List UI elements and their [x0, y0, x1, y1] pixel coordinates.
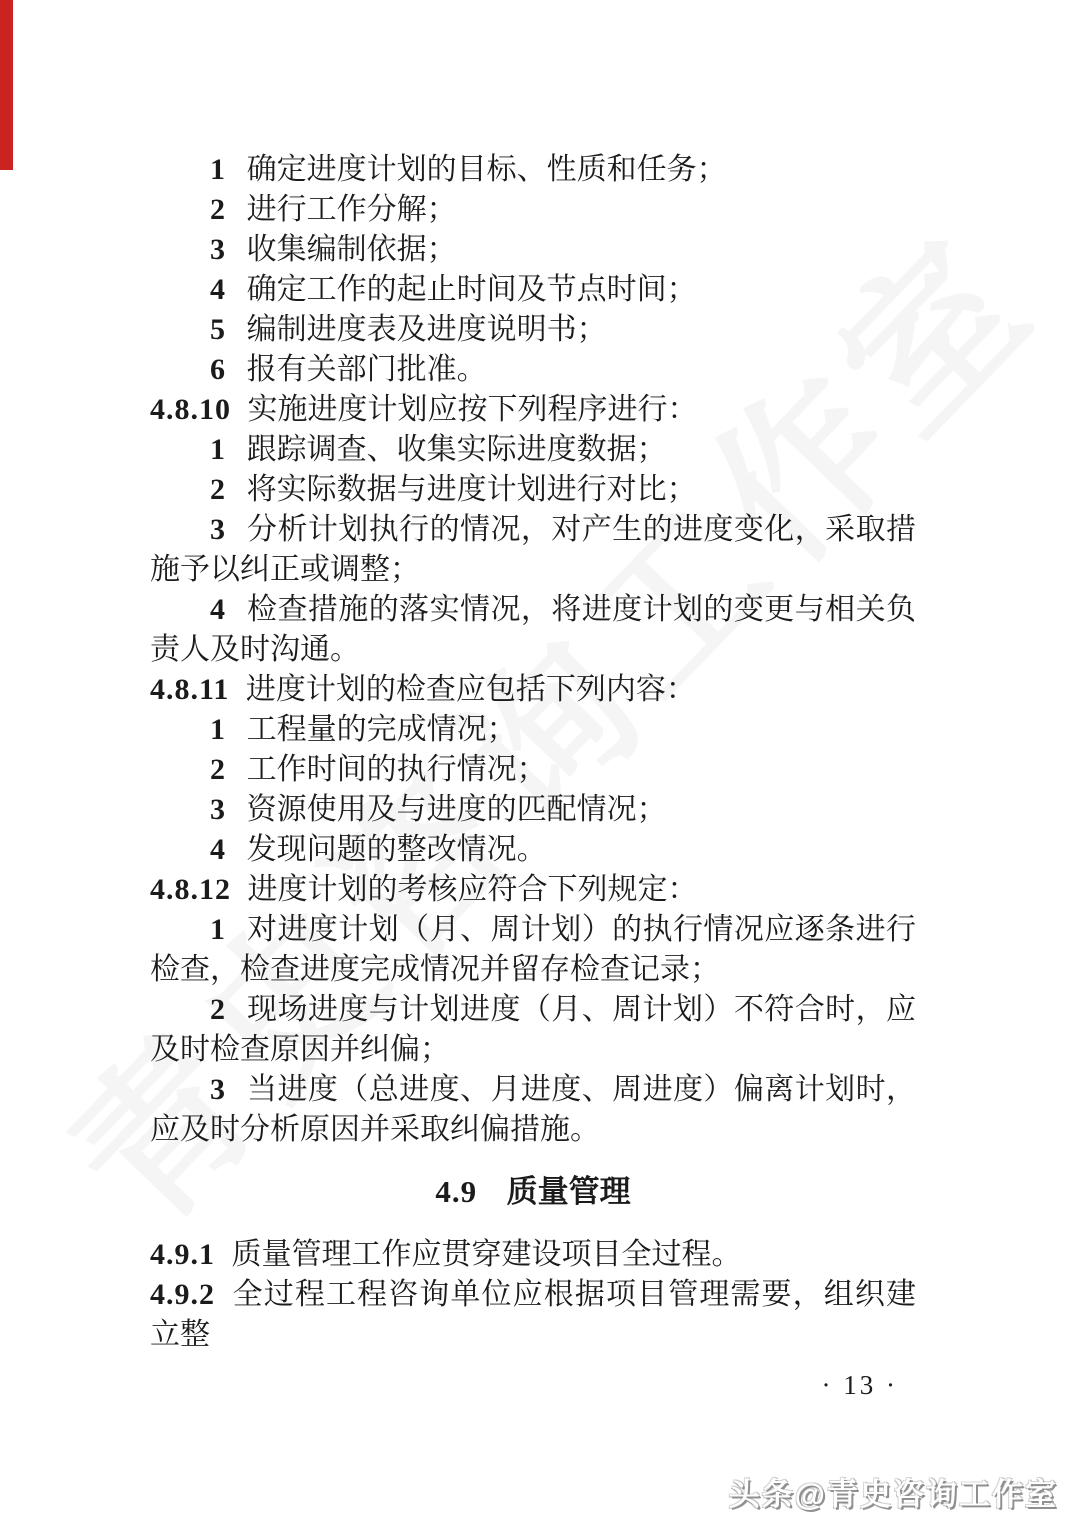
item-text: 进行工作分解； [247, 193, 457, 226]
item-number: 4 [210, 273, 225, 306]
item-number: 1 [210, 713, 225, 746]
page-number: · 13 · [150, 1365, 916, 1405]
document-page: 青史咨询工作室 1确定进度计划的目标、性质和任务； 2进行工作分解； 3收集编制… [0, 0, 1080, 1530]
item-text: 当进度（总进度、月进度、周进度）偏离计划时，应及时分析原因并采取纠偏措施。 [150, 1073, 916, 1146]
footer-watermark: 头条@青史咨询工作室 [729, 1469, 1058, 1514]
list-item: 3收集编制依据； [150, 230, 916, 270]
item-text: 编制进度表及进度说明书； [247, 313, 607, 346]
list-item: 2现场进度与计划进度（月、周计划）不符合时，应及时检查原因并纠偏； [150, 990, 916, 1070]
item-text: 跟踪调查、收集实际进度数据； [247, 433, 667, 466]
item-text: 报有关部门批准。 [247, 353, 487, 386]
clause-paragraph: 4.9.1质量管理工作应贯穿建设项目全过程。 [150, 1235, 916, 1275]
list-item: 4发现问题的整改情况。 [150, 830, 916, 870]
clause-text: 质量管理工作应贯穿建设项目全过程。 [232, 1238, 742, 1271]
clause-text: 全过程工程咨询单位应根据项目管理需要，组织建立整 [150, 1278, 916, 1351]
clause-text: 实施进度计划应按下列程序进行： [248, 393, 698, 426]
item-number: 3 [210, 233, 225, 266]
list-item: 1对进度计划（月、周计划）的执行情况应逐条进行检查，检查进度完成情况并留存检查记… [150, 910, 916, 990]
list-item: 6报有关部门批准。 [150, 350, 916, 390]
clause-number: 4.8.10 [150, 393, 231, 426]
clause-number: 4.9.1 [150, 1238, 215, 1271]
heading-title: 质量管理 [507, 1174, 631, 1209]
item-number: 6 [210, 353, 225, 386]
list-item: 2将实际数据与进度计划进行对比； [150, 470, 916, 510]
item-text: 工作时间的执行情况； [247, 753, 547, 786]
item-text: 现场进度与计划进度（月、周计划）不符合时，应及时检查原因并纠偏； [150, 993, 916, 1066]
list-item: 1跟踪调查、收集实际进度数据； [150, 430, 916, 470]
list-item: 1工程量的完成情况； [150, 710, 916, 750]
list-item: 3分析计划执行的情况，对产生的进度变化，采取措施予以纠正或调整； [150, 510, 916, 590]
clause-text: 进度计划的考核应符合下列规定： [248, 873, 698, 906]
list-item: 5编制进度表及进度说明书； [150, 310, 916, 350]
item-number: 1 [210, 153, 225, 186]
list-item: 2进行工作分解； [150, 190, 916, 230]
item-text: 工程量的完成情况； [247, 713, 517, 746]
list-item: 3资源使用及与进度的匹配情况； [150, 790, 916, 830]
item-number: 3 [210, 1073, 225, 1106]
item-number: 2 [210, 473, 225, 506]
item-text: 对进度计划（月、周计划）的执行情况应逐条进行检查，检查进度完成情况并留存检查记录… [150, 913, 916, 986]
list-item: 3当进度（总进度、月进度、周进度）偏离计划时，应及时分析原因并采取纠偏措施。 [150, 1070, 916, 1150]
clause-paragraph: 4.8.12进度计划的考核应符合下列规定： [150, 870, 916, 910]
item-text: 将实际数据与进度计划进行对比； [247, 473, 697, 506]
clause-number: 4.8.12 [150, 873, 231, 906]
item-number: 5 [210, 313, 225, 346]
item-number: 4 [210, 833, 225, 866]
item-number: 2 [210, 193, 225, 226]
item-text: 资源使用及与进度的匹配情况； [247, 793, 667, 826]
list-item: 1确定进度计划的目标、性质和任务； [150, 150, 916, 190]
clause-number: 4.9.2 [150, 1278, 215, 1311]
clause-paragraph: 4.8.10实施进度计划应按下列程序进行： [150, 390, 916, 430]
item-number: 3 [210, 793, 225, 826]
item-text: 确定进度计划的目标、性质和任务； [247, 153, 727, 186]
clause-paragraph: 4.9.2全过程工程咨询单位应根据项目管理需要，组织建立整 [150, 1275, 916, 1355]
item-number: 2 [210, 753, 225, 786]
item-text: 收集编制依据； [247, 233, 457, 266]
item-text: 确定工作的起止时间及节点时间； [247, 273, 697, 306]
list-item: 4检查措施的落实情况，将进度计划的变更与相关负责人及时沟通。 [150, 590, 916, 670]
item-number: 2 [210, 993, 225, 1026]
item-text: 发现问题的整改情况。 [247, 833, 547, 866]
document-content: 1确定进度计划的目标、性质和任务； 2进行工作分解； 3收集编制依据； 4确定工… [150, 150, 916, 1405]
clause-paragraph: 4.8.11进度计划的检查应包括下列内容： [150, 670, 916, 710]
item-number: 1 [210, 913, 225, 946]
item-number: 1 [210, 433, 225, 466]
item-number: 4 [210, 593, 225, 626]
item-text: 检查措施的落实情况，将进度计划的变更与相关负责人及时沟通。 [150, 593, 916, 666]
clause-number: 4.8.11 [150, 673, 229, 706]
list-item: 4确定工作的起止时间及节点时间； [150, 270, 916, 310]
list-item: 2工作时间的执行情况； [150, 750, 916, 790]
heading-number: 4.9 [435, 1174, 477, 1209]
item-text: 分析计划执行的情况，对产生的进度变化，采取措施予以纠正或调整； [150, 513, 916, 586]
item-number: 3 [210, 513, 225, 546]
clause-text: 进度计划的检查应包括下列内容： [246, 673, 696, 706]
red-edge-marker [0, 0, 13, 170]
section-heading: 4.9质量管理 [150, 1172, 916, 1212]
